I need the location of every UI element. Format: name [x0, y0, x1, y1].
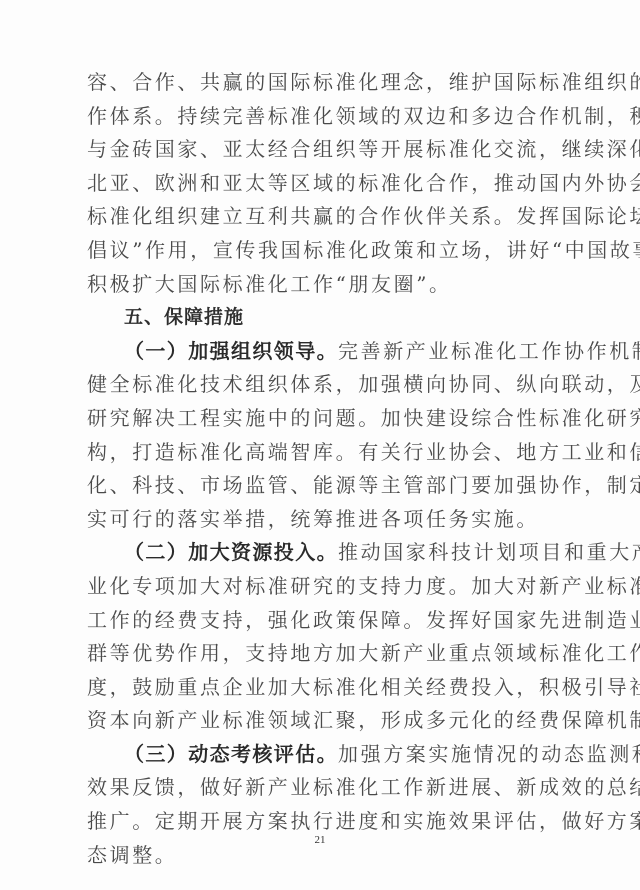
paragraph-line: 容、合作、共赢的国际标准化理念，维护国际标准组织的工 — [87, 66, 547, 100]
measure-3-text: 加强方案实施情况的动态监测和 — [338, 742, 640, 766]
document-page: 容、合作、共赢的国际标准化理念，维护国际标准组织的工 作体系。持续完善标准化领域… — [0, 0, 640, 890]
measure-2-first-line: （二）加大资源投入。推动国家科技计划项目和重大产 — [87, 536, 547, 570]
paragraph-line: 群等优势作用，支持地方加大新产业重点领域标准化工作力 — [87, 637, 547, 671]
paragraph-line: 作体系。持续完善标准化领域的双边和多边合作机制，积极 — [87, 100, 547, 134]
measure-1-first-line: （一）加强组织领导。完善新产业标准化工作协作机制， — [87, 335, 547, 369]
paragraph-line: 倡议”作用，宣传我国标准化政策和立场，讲好“中国故事”， — [87, 234, 547, 268]
paragraph-line: 积极扩大国际标准化工作“朋友圈”。 — [87, 268, 547, 302]
measure-1-title: （一）加强组织领导。 — [124, 339, 338, 363]
paragraph-line: 度，鼓励重点企业加大标准化相关经费投入，积极引导社会 — [87, 671, 547, 705]
measure-3-first-line: （三）动态考核评估。加强方案实施情况的动态监测和 — [87, 738, 547, 772]
paragraph-line: 效果反馈，做好新产业标准化工作新进展、新成效的总结和 — [87, 771, 547, 805]
document-body: 容、合作、共赢的国际标准化理念，维护国际标准组织的工 作体系。持续完善标准化领域… — [87, 66, 547, 872]
measure-1-text: 完善新产业标准化工作协作机制， — [338, 339, 640, 363]
paragraph-line: 工作的经费支持，强化政策保障。发挥好国家先进制造业集 — [87, 604, 547, 638]
section-heading: 五、保障措施 — [87, 301, 547, 335]
paragraph-line: 北亚、欧洲和亚太等区域的标准化合作，推动国内外协会和 — [87, 167, 547, 201]
paragraph-line: 研究解决工程实施中的问题。加快建设综合性标准化研究机 — [87, 402, 547, 436]
paragraph-line: 化、科技、市场监管、能源等主管部门要加强协作，制定切 — [87, 469, 547, 503]
measure-2-title: （二）加大资源投入。 — [124, 540, 338, 564]
paragraph-line: 资本向新产业标准领域汇聚，形成多元化的经费保障机制。 — [87, 704, 547, 738]
paragraph-line: 业化专项加大对标准研究的支持力度。加大对新产业标准化 — [87, 570, 547, 604]
measure-3-title: （三）动态考核评估。 — [124, 742, 338, 766]
paragraph-line: 标准化组织建立互利共赢的合作伙伴关系。发挥国际论坛“软 — [87, 200, 547, 234]
paragraph-line: 与金砖国家、亚太经合组织等开展标准化交流，继续深化东 — [87, 133, 547, 167]
paragraph-line: 实可行的落实举措，统筹推进各项任务实施。 — [87, 503, 547, 537]
measure-2-text: 推动国家科技计划项目和重大产 — [338, 540, 640, 564]
paragraph-line: 健全标准化技术组织体系，加强横向协同、纵向联动，及时 — [87, 368, 547, 402]
paragraph-line: 构，打造标准化高端智库。有关行业协会、地方工业和信息 — [87, 436, 547, 470]
page-number: 21 — [0, 834, 640, 846]
